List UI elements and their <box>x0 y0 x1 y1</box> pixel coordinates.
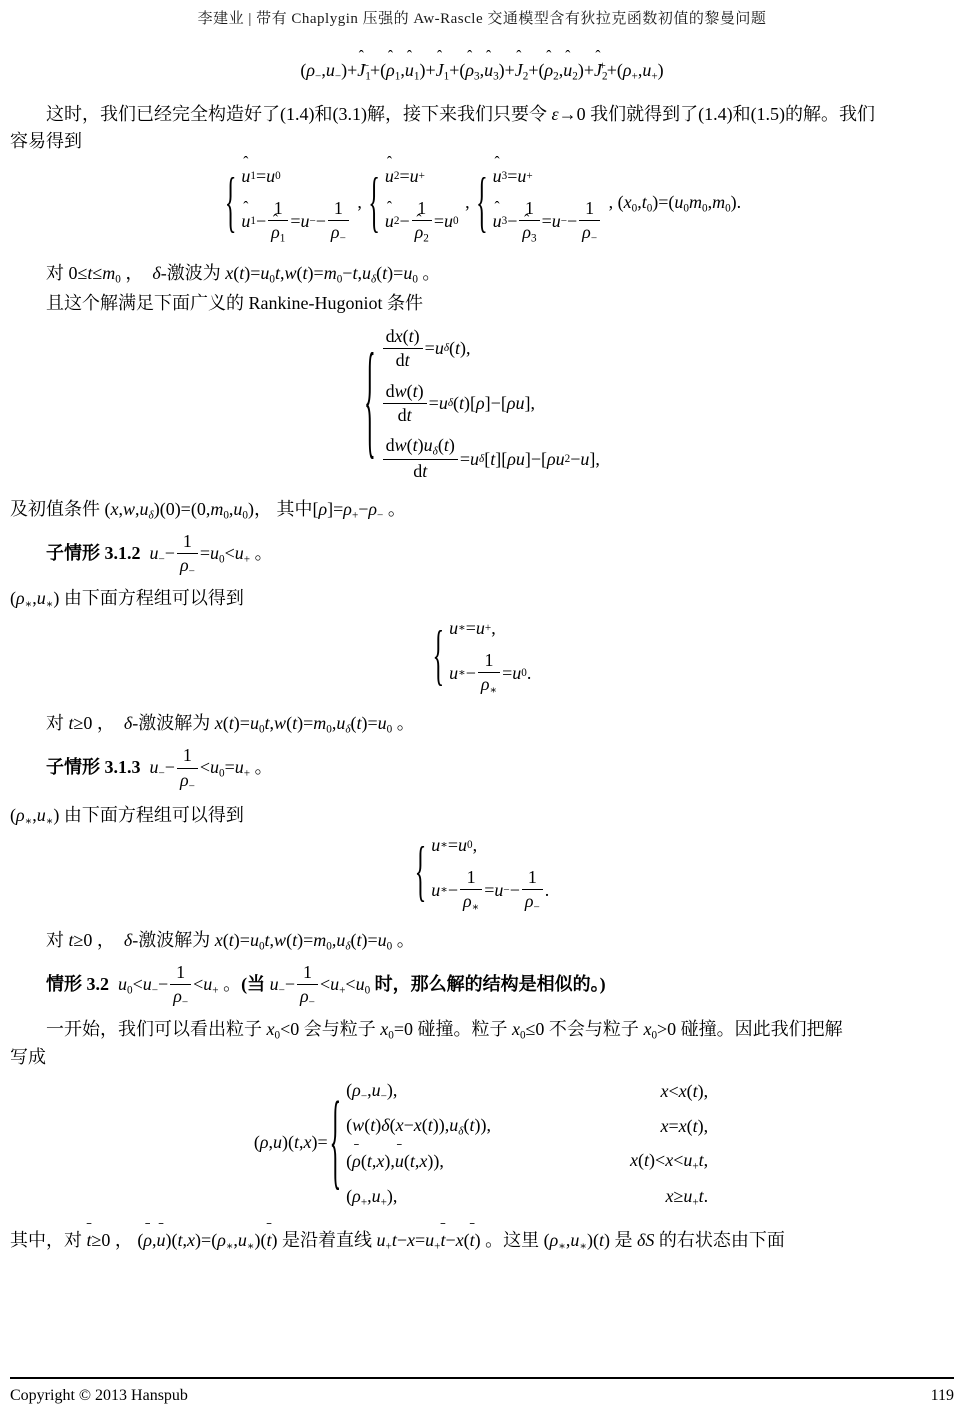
paragraph-collision-line1: 一开始，我们可以看出粒子 x0<0 会与粒子 x0=0 碰撞。粒子 x0≤0 不… <box>10 1016 954 1044</box>
footer-page-number: 119 <box>931 1384 954 1408</box>
heading-subcase-3-1-3: 子情形 3.1.3 u−−1ρ−<u0=u+ 。 <box>10 744 954 793</box>
paragraph-collision-line2: 写成 <box>10 1044 954 1071</box>
line-system-from-2: (ρ∗,u∗) 由下面方程组可以得到 <box>10 802 954 830</box>
paragraph-along-line: 其中，对 ˉt≥0 ， (ˉρ,ˉu)(t,x)=(ρ∗,u∗)(ˉt) 是沿着… <box>10 1227 954 1255</box>
equation-piecewise-solution: (ρ,u)(t,x)={(ρ−,u−),x<x(t),(w(t)δ(x−x(t)… <box>10 1077 954 1210</box>
line-delta-wave-3: 对 t≥0 ， δ-激波解为 x(t)=u0t,w(t)=m0,uδ(t)=u0… <box>10 927 954 955</box>
equation-rankine-hugoniot-system: {dx(t)dt=uδ(t),dw(t)dt=uδ(t)[ρ]−[ρu],dw(… <box>10 325 954 484</box>
line-delta-wave-1: 对 0≤t≤m0 ， δ-激波为 x(t)=u0t,w(t)=m0−t,uδ(t… <box>10 260 954 288</box>
heading-subcase-3-1-2: 子情形 3.1.2 u−−1ρ−=u0<u+ 。 <box>10 530 954 579</box>
line-initial-condition: 及初值条件 (x,w,uδ)(0)=(0,m0,u0)， 其中[ρ]=ρ+−ρ−… <box>10 496 954 524</box>
footer-copyright: Copyright © 2013 Hanspub <box>10 1384 188 1408</box>
equation-wave-sum-math: (ρ−,u−)+ˆJ1−+(ˆρ1,ˆu1)+ˆJ1+(ˆρ3,ˆu3)+ˆJ2… <box>300 60 663 80</box>
equation-subcase-3-1-3-system: {u∗=u0,u∗−1ρ∗=u−−1ρ−. <box>10 832 954 915</box>
page-footer: Copyright © 2013 Hanspub 119 <box>10 1377 954 1408</box>
paragraph-intro-line2: 容易得到 <box>10 128 954 155</box>
page-header: 李建业 | 带有 Chaplygin 压强的 Aw-Rascle 交通模型含有狄… <box>10 8 954 31</box>
page-root: 李建业 | 带有 Chaplygin 压强的 Aw-Rascle 交通模型含有狄… <box>0 0 964 1255</box>
line-rankine-hugoniot: 且这个解满足下面广义的 Rankine-Hugoniot 条件 <box>10 290 954 317</box>
line-delta-wave-2: 对 t≥0 ， δ-激波解为 x(t)=u0t,w(t)=m0,uδ(t)=u0… <box>10 710 954 738</box>
equation-hat-systems: {ˆu1=u0ˆu1−1ˆρ1=u−−1ρ− , {ˆu2=u+ˆu2−1ˆρ2… <box>10 163 954 246</box>
heading-case-3-2: 情形 3.2 u0<u−−1ρ−<u+ 。(当 u−−1ρ−<u+<u0 时，那… <box>10 961 954 1010</box>
equation-wave-sum: (ρ−,u−)+ˆJ1−+(ˆρ1,ˆu1)+ˆJ1+(ˆρ3,ˆu3)+ˆJ2… <box>10 57 954 85</box>
paragraph-intro-line1: 这时，我们已经完全构造好了(1.4)和(3.1)解，接下来我们只要令 ε→0 我… <box>10 101 954 128</box>
line-system-from-1: (ρ∗,u∗) 由下面方程组可以得到 <box>10 585 954 613</box>
equation-subcase-3-1-2-system: {u∗=u+,u∗−1ρ∗=u0. <box>10 615 954 698</box>
